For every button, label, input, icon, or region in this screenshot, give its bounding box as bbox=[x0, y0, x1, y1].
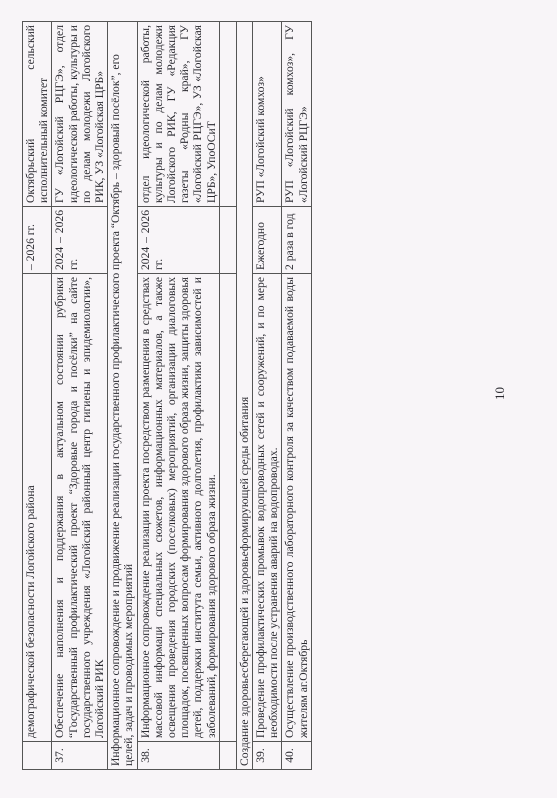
section-header-row: Создание здоровьесберегающей и здоровьеф… bbox=[236, 22, 252, 770]
table-row: 40. Осуществление производственного лабо… bbox=[282, 22, 311, 770]
table-row: 39. Проведение профилактических промывок… bbox=[253, 22, 282, 770]
table-row: демографической безопасности Логойского … bbox=[23, 22, 52, 770]
section-header: Информационное сопровождение и продвижен… bbox=[108, 22, 137, 770]
table-row: 38. Информационное сопровождение реализа… bbox=[137, 22, 219, 770]
responsible-cell: отдел идеологической работы, культуры и … bbox=[137, 22, 219, 207]
blank-cell bbox=[219, 742, 236, 770]
activity-cell: Проведение профилактических промывок вод… bbox=[253, 274, 282, 742]
section-header: Создание здоровьесберегающей и здоровьеф… bbox=[236, 22, 252, 770]
row-number: 39. bbox=[253, 742, 282, 770]
period-cell: 2024 – 2026 гг. bbox=[52, 207, 108, 274]
row-number bbox=[23, 742, 52, 770]
activity-cell: Осуществление производственного лаборато… bbox=[282, 274, 311, 742]
section-header-row: Информационное сопровождение и продвижен… bbox=[108, 22, 137, 770]
page-number: 10 bbox=[492, 387, 508, 400]
period-cell: 2024 – 2026 гг. bbox=[137, 207, 219, 274]
activity-cell: Обеспечение наполнения и поддержания в а… bbox=[52, 274, 108, 742]
blank-cell bbox=[219, 207, 236, 274]
period-cell: – 2026 гг. bbox=[23, 207, 52, 274]
activity-cell: Информационное сопровождение реализации … bbox=[137, 274, 219, 742]
document-page: демографической безопасности Логойского … bbox=[0, 0, 557, 798]
responsible-cell: ГУ «Логойский РЦГЭ», отдел идеологическо… bbox=[52, 22, 108, 207]
responsible-cell: РУП «Логойский комхоз», ГУ «Логойский РЦ… bbox=[282, 22, 311, 207]
table-row: 37. Обеспечение наполнения и поддержания… bbox=[52, 22, 108, 770]
responsible-cell: Октябрьский сельский исполнительный коми… bbox=[23, 22, 52, 207]
row-number: 37. bbox=[52, 742, 108, 770]
row-number: 40. bbox=[282, 742, 311, 770]
period-cell: 2 раза в год bbox=[282, 207, 311, 274]
row-number: 38. bbox=[137, 742, 219, 770]
blank-cell bbox=[219, 22, 236, 207]
responsible-cell: РУП «Логойский комхоз» bbox=[253, 22, 282, 207]
blank-row bbox=[219, 22, 236, 770]
period-cell: Ежегодно bbox=[253, 207, 282, 274]
action-plan-table: демографической безопасности Логойского … bbox=[22, 21, 312, 770]
activity-cell: демографической безопасности Логойского … bbox=[23, 274, 52, 742]
blank-cell bbox=[219, 274, 236, 742]
